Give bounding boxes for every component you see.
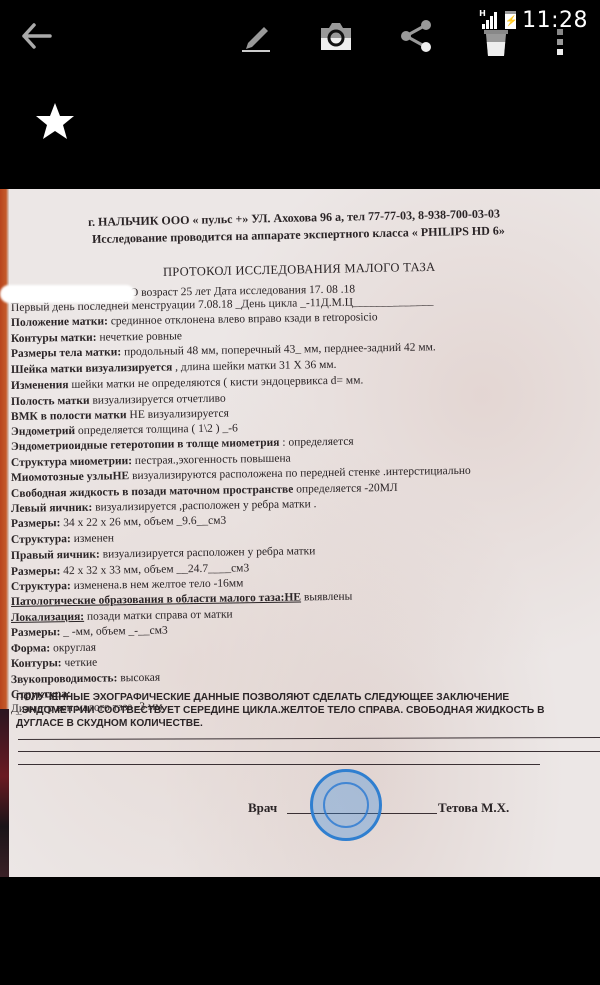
overflow-menu-icon xyxy=(555,25,565,59)
row-label: Контуры: xyxy=(11,657,62,670)
row-label: Форма: xyxy=(11,642,50,655)
trash-icon xyxy=(481,22,511,58)
row-value: срединное отклонена влево вправо кзади в… xyxy=(108,311,378,327)
row-label: Контуры матки: xyxy=(11,332,97,345)
row-label: Изменения xyxy=(11,379,69,392)
photo-image[interactable]: г. НАЛЬЧИК ООО « пульс +» УЛ. Ахохова 96… xyxy=(0,189,600,877)
delete-button[interactable] xyxy=(476,20,516,60)
protocol-row: Структура: изменен xyxy=(11,531,114,548)
row-value: визуализируется ,расположен у ребра матк… xyxy=(92,498,316,514)
edit-button[interactable] xyxy=(237,16,277,56)
row-value: четкие xyxy=(61,657,97,670)
row-value: , длина шейки матки 31 Х 36 мм. xyxy=(172,359,336,374)
blank-line xyxy=(18,764,540,765)
row-value: 34 х 22 х 26 мм, объем _9.6__см3 xyxy=(60,515,226,530)
row-label: Патологические образования в области мал… xyxy=(11,591,301,608)
row-value: продольный 48 мм, поперечный 43_ мм, пер… xyxy=(121,341,436,358)
row-value: высокая xyxy=(117,672,160,685)
row-label: Правый яичник: xyxy=(11,549,100,562)
protocol-row: Размеры: _ -мм, объем _-__см3 xyxy=(11,624,168,642)
row-label: Размеры тела матки: xyxy=(11,346,121,360)
more-options-button[interactable] xyxy=(548,22,572,62)
row-label: Размеры: xyxy=(11,626,61,639)
image-viewer-toolbar xyxy=(0,0,600,75)
row-label: Структура: xyxy=(11,533,71,546)
row-value: визуализируется расположен у ребра матки xyxy=(100,545,316,560)
star-icon xyxy=(35,101,75,141)
conclusion-line: ДУГЛАСЕ В СКУДНОМ КОЛИЧЕСТВЕ. xyxy=(16,716,203,731)
row-value: позади матки справа от матки xyxy=(84,609,233,623)
row-value: пестрая.,эхогенность повышена xyxy=(132,453,291,467)
row-value: 42 х 32 х 33 мм, объем __24.7____см3 xyxy=(60,562,249,577)
row-value: выявлены xyxy=(301,591,353,604)
row-label: Шейка матки визуализируется xyxy=(11,361,172,376)
back-button[interactable] xyxy=(16,16,56,56)
row-value: нечеткие ровные xyxy=(96,330,182,343)
row-value: _ -мм, объем _-__см3 xyxy=(60,625,168,639)
row-label: Размеры: xyxy=(11,517,61,530)
row-label: Локализация: xyxy=(11,611,84,624)
row-value: визуализируется отчетливо xyxy=(89,393,225,407)
row-label: Положение матки: xyxy=(11,315,108,329)
back-arrow-icon xyxy=(20,22,52,50)
camera-button[interactable] xyxy=(316,16,356,56)
document-title: ПРОТОКОЛ ИССЛЕДОВАНИЯ МАЛОГО ТАЗА xyxy=(163,260,436,281)
protocol-row: Размеры: 34 х 22 х 26 мм, объем _9.6__см… xyxy=(11,514,226,533)
row-label: Миомотозные узлыНЕ xyxy=(11,470,129,484)
ultrasound-protocol-document: г. НАЛЬЧИК ООО « пульс +» УЛ. Ахохова 96… xyxy=(0,189,600,877)
protocol-row: Звукопроводимость: высокая xyxy=(11,671,160,689)
share-icon xyxy=(399,18,433,54)
row-value: изменена.в нем желтое тело -16мм xyxy=(71,577,244,592)
clinic-stamp xyxy=(310,769,382,841)
protocol-row: Контуры: четкие xyxy=(11,656,97,673)
row-label: Полость матки xyxy=(11,395,90,408)
camera-icon xyxy=(319,20,353,52)
doctor-name: Тетова М.Х. xyxy=(438,800,509,815)
row-label: Структура: xyxy=(11,580,71,593)
row-label: Эндометрий xyxy=(11,425,75,438)
signature-label: Врач xyxy=(248,800,277,815)
row-value: определяется толщина ( 1\2 ) _-6 xyxy=(75,422,238,437)
share-button[interactable] xyxy=(396,16,436,56)
redacted-patient-name xyxy=(0,285,135,303)
blank-line xyxy=(18,737,600,740)
row-label: ВМК в полости матки xyxy=(11,409,127,423)
row-label: Левый яичник: xyxy=(11,502,93,515)
row-value: шейки матки не определяются ( кисти эндо… xyxy=(68,374,363,391)
pencil-icon xyxy=(240,19,274,53)
row-label: Звукопроводимость: xyxy=(11,672,118,686)
favorite-button[interactable] xyxy=(32,98,78,144)
row-label: Структура миометрии: xyxy=(11,455,132,469)
row-label: Размеры: xyxy=(11,565,61,578)
row-value: определяется -20МЛ xyxy=(293,482,398,496)
row-value: изменен xyxy=(71,532,114,545)
row-value: НЕ визуализируется xyxy=(127,408,229,422)
row-label: Эндометриоидные гетеротопии в толще миом… xyxy=(11,437,280,453)
protocol-row: Форма: округлая xyxy=(11,641,96,658)
blank-line xyxy=(18,751,600,752)
row-value: : определяется xyxy=(279,436,353,449)
row-value: визуализируются расположена по передней … xyxy=(129,465,471,482)
row-value: округлая xyxy=(50,642,96,655)
